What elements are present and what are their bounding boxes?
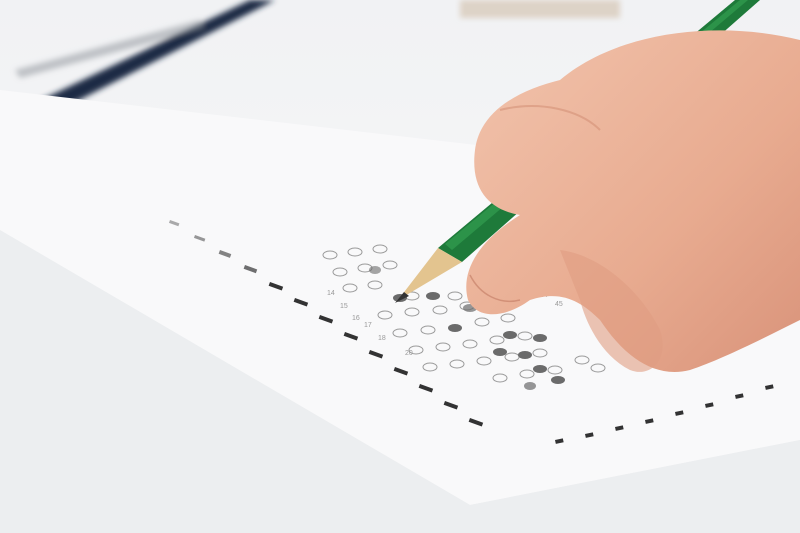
svg-text:17: 17 [364, 322, 372, 329]
svg-text:16: 16 [352, 315, 360, 322]
svg-text:18: 18 [378, 335, 386, 342]
svg-text:15: 15 [340, 303, 348, 310]
svg-text:20: 20 [405, 350, 413, 357]
svg-text:14: 14 [327, 290, 335, 297]
photo-scene: 14 15 16 17 18 20 44 45 [0, 0, 800, 533]
svg-text:45: 45 [555, 301, 563, 308]
photo-illustration: 14 15 16 17 18 20 44 45 [0, 0, 800, 533]
